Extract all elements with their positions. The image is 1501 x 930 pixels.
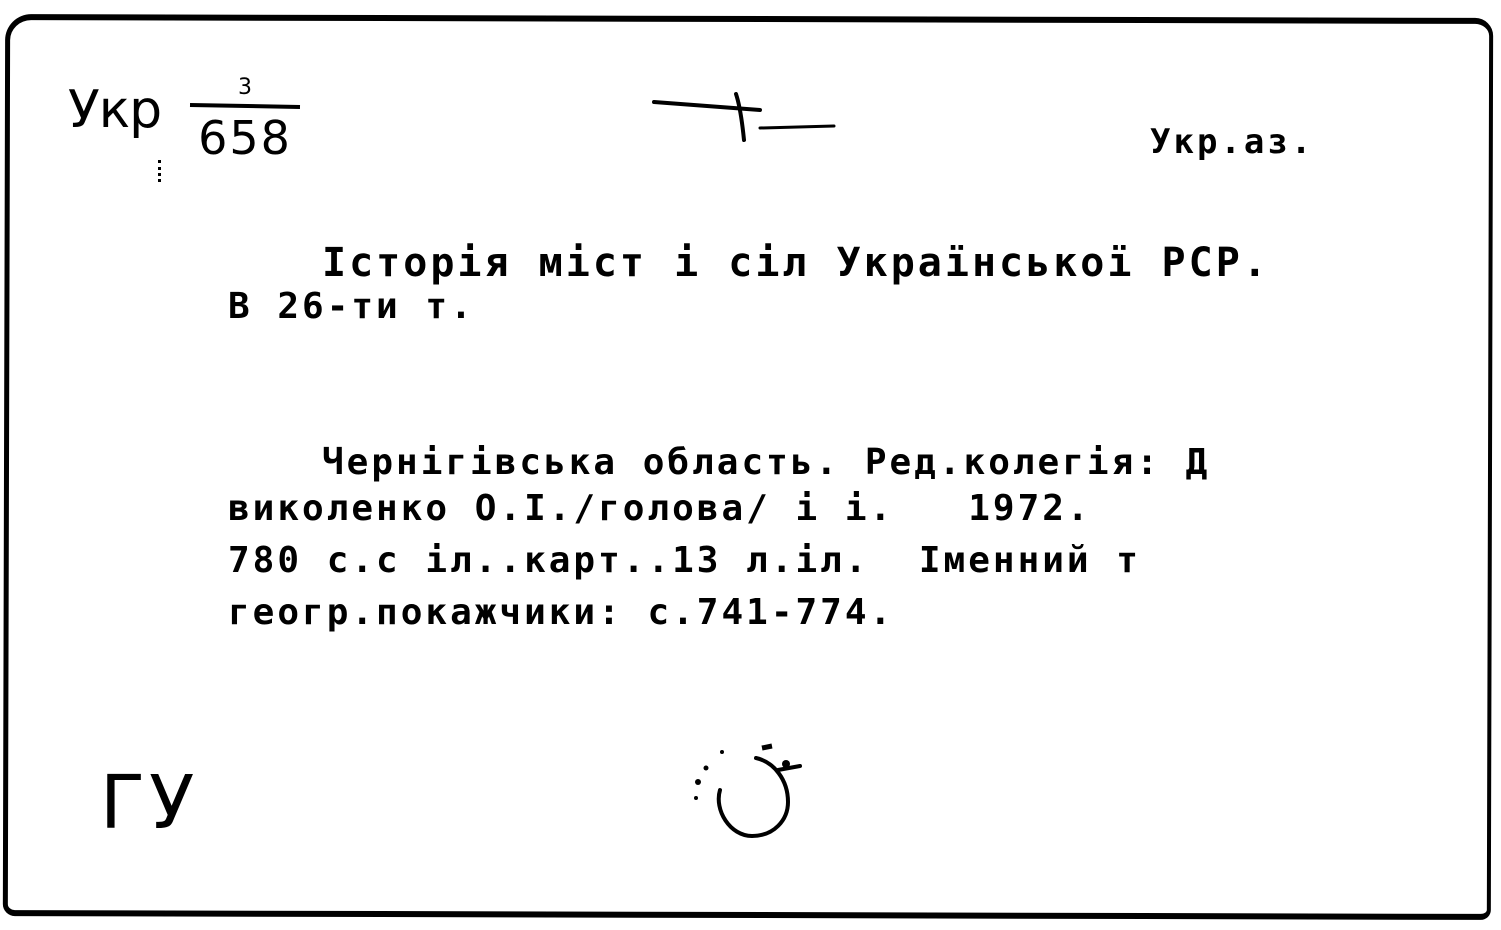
pencil-tick-mark	[158, 160, 164, 182]
description-line-1: Чернігівська область. Ред.колегія: Д	[322, 442, 1210, 483]
shelfmark-fraction: 3 658	[190, 76, 300, 162]
handwritten-initials: ГУ	[100, 760, 198, 846]
title-line-2: В 26-ти т.	[228, 286, 475, 327]
shelfmark-prefix: Укр	[68, 80, 161, 140]
department-code: Укр.аз.	[1150, 122, 1314, 162]
description-line-3: 780 с.с іл..карт..13 л.іл. Іменний т	[228, 540, 1141, 581]
punch-hole-circle	[690, 740, 820, 850]
shelfmark-denominator: 658	[190, 114, 300, 162]
description-line-4: геогр.покажчики: с.741-774.	[228, 592, 894, 633]
fraction-bar	[190, 103, 300, 109]
handwritten-divider-mark	[650, 92, 840, 144]
shelfmark-numerator: 3	[190, 76, 300, 100]
description-line-2: виколенко О.І./голова/ і і. 1972.	[228, 488, 1092, 529]
title-line-1: Історія міст і сіл Української РСР.	[322, 240, 1270, 286]
